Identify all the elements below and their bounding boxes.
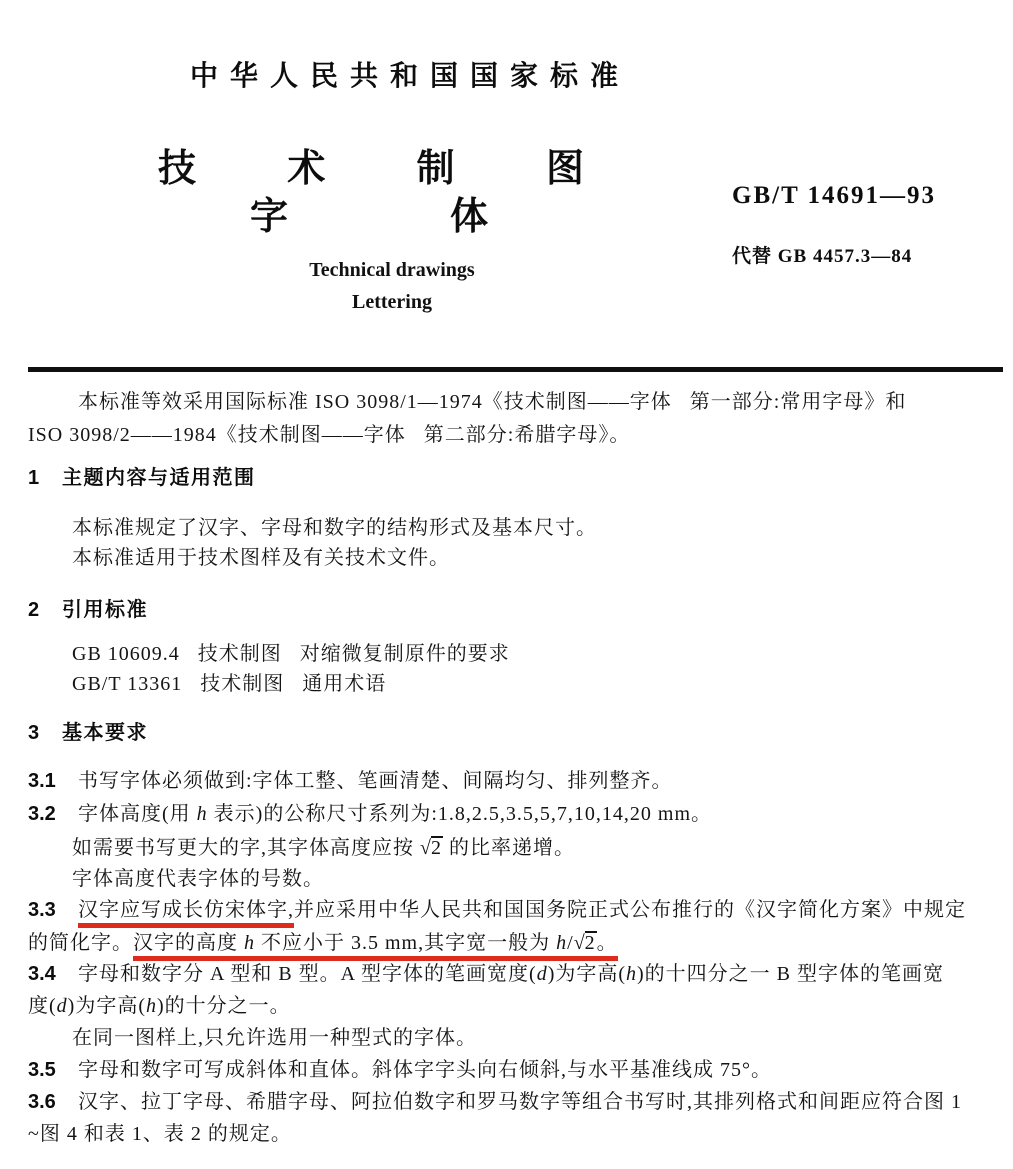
title-char: 体 [450,198,488,236]
foreword-line2: ISO 3098/2——1984《技术制图——字体 第二部分:希腊字母》。 [28,424,630,447]
section3-heading: 基本要求 [62,722,148,745]
clause-3-4-line1: 字母和数字分 A 型和 B 型。A 型字体的笔画宽度(d)为字高(h)的十四分之… [78,963,944,986]
clause-3-2-line3: 字体高度代表字体的号数。 [72,868,324,891]
clause-3-6-line2: ~图 4 和表 1、表 2 的规定。 [28,1123,292,1146]
clause-3-3-line1-rest: 并应采用中华人民共和国国务院正式公布推行的《汉字简化方案》中规定 [294,899,966,921]
header-divider-rule [28,367,1003,372]
section1-paragraph2: 本标准适用于技术图样及有关技术文件。 [72,547,450,570]
clause-3-5-number: 3.5 [28,1059,56,1082]
clause-3-1-text: 书写字体必须做到:字体工整、笔画清楚、间隔均匀、排列整齐。 [78,770,673,793]
english-subtitle-line1: Technical drawings [287,259,497,282]
standard-number: GB/T 14691—93 [732,182,936,211]
section3-number: 3 [28,722,39,745]
document-title-row2: 字 体 [250,198,488,236]
title-char: 图 [546,150,584,188]
section1-paragraph1: 本标准规定了汉字、字母和数字的结构形式及基本尺寸。 [72,517,597,540]
clause-3-2-number: 3.2 [28,803,56,826]
clause-3-3-line1: 汉字应写成长仿宋体字,并应采用中华人民共和国国务院正式公布推行的《汉字简化方案》… [78,899,966,922]
reference-standard-1: GB 10609.4 技术制图 对缩微复制原件的要求 [72,643,510,666]
clause-3-3-line2: 的简化字。汉字的高度 h 不应小于 3.5 mm,其字宽一般为 h/√2。 [28,931,618,955]
document-title-row1: 技 术 制 图 [158,150,584,188]
clause-3-4-line2: 度(d)为字高(h)的十分之一。 [28,995,291,1018]
title-char: 术 [287,150,325,188]
clause-3-1-number: 3.1 [28,770,56,793]
title-char: 字 [250,198,288,236]
clause-3-4-number: 3.4 [28,963,56,986]
foreword-line1: 本标准等效采用国际标准 ISO 3098/1—1974《技术制图——字体 第一部… [78,391,906,414]
section2-number: 2 [28,599,39,622]
section2-heading: 引用标准 [62,599,148,622]
clause-3-2-line1: 字体高度(用 h 表示)的公称尺寸系列为:1.8,2.5,3.5,5,7,10,… [78,803,712,826]
red-underlined-text: 汉字应写成长仿宋体字, [78,899,294,928]
section1-number: 1 [28,467,39,490]
clause-3-6-number: 3.6 [28,1091,56,1114]
national-standard-banner: 中华人民共和国国家标准 [190,60,630,92]
section1-heading: 主题内容与适用范围 [62,467,256,490]
red-underlined-text: 汉字的高度 h 不应小于 3.5 mm,其字宽一般为 h/√2。 [133,932,618,961]
title-char: 制 [417,150,455,188]
english-subtitle-line2: Lettering [287,291,497,314]
clause-3-4-line3: 在同一图样上,只允许选用一种型式的字体。 [72,1027,477,1050]
clause-3-2-line2: 如需要书写更大的字,其字体高度应按 √2 的比率递增。 [72,836,575,860]
reference-standard-2: GB/T 13361 技术制图 通用术语 [72,673,386,696]
clause-3-3-line2-pre: 的简化字。 [28,932,133,954]
clause-3-3-number: 3.3 [28,899,56,922]
replaces-note: 代替 GB 4457.3—84 [732,246,912,268]
clause-3-6-line1: 汉字、拉丁字母、希腊字母、阿拉伯数字和罗马数字等组合书写时,其排列格式和间距应符… [78,1091,962,1114]
scanned-standard-page: 中华人民共和国国家标准 技 术 制 图 字 体 GB/T 14691—93 代替… [0,0,1013,1169]
title-char: 技 [158,150,196,188]
clause-3-5-text: 字母和数字可写成斜体和直体。斜体字字头向右倾斜,与水平基准线成 75°。 [78,1059,772,1082]
